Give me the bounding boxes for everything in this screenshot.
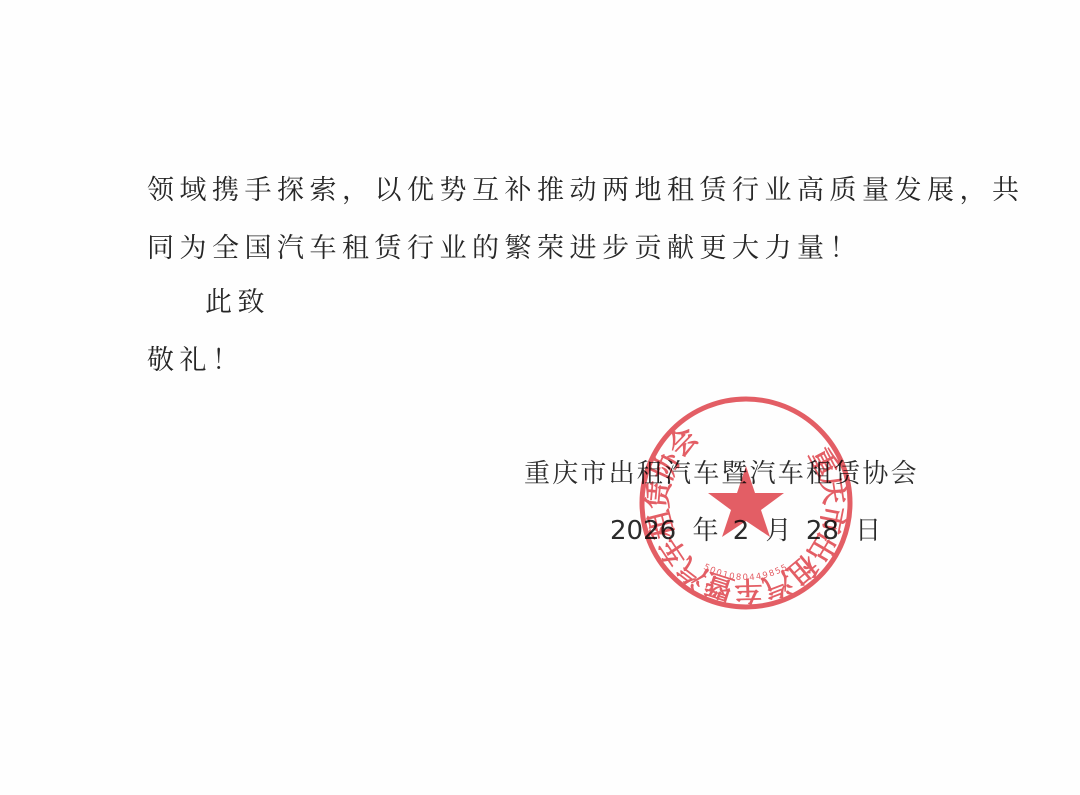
star-icon [708,466,784,537]
closing-text: 此致 [205,287,270,319]
document-page: 领域携手探索，以优势互补推动两地租赁行业高质量发展，共 同为全国汽车租赁行业的繁… [0,0,1080,795]
salutation-text: 敬礼！ [147,345,245,377]
body-line-2: 同为全国汽车租赁行业的繁荣进步贡献更大力量！ [147,233,862,265]
body-line-1: 领域携手探索，以优势互补推动两地租赁行业高质量发展，共 [147,175,1025,207]
date-day-unit: 日 [855,515,881,547]
official-seal-stamp: 重庆市出租汽车暨汽车租赁协会 5001080449855 [637,394,855,612]
